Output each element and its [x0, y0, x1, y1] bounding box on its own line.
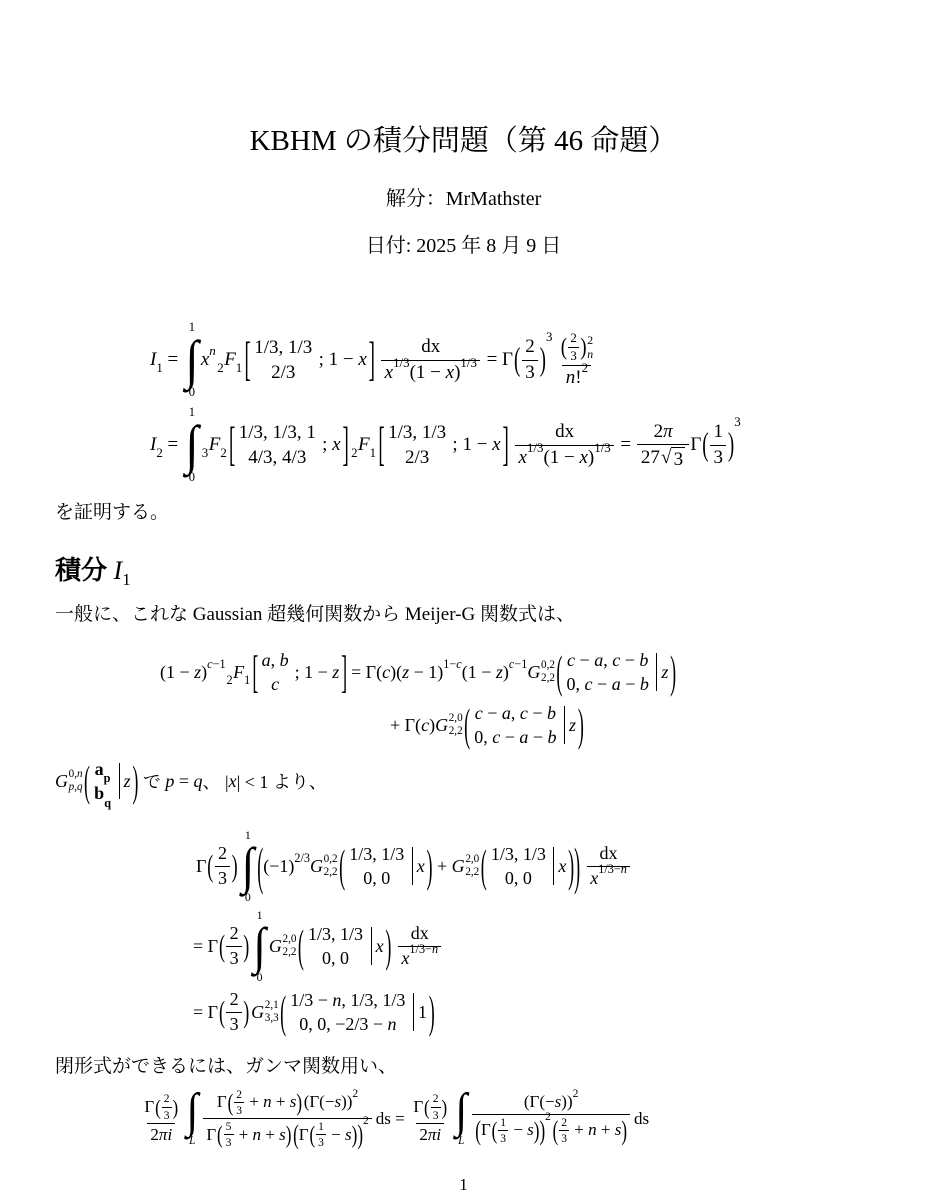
paragraph-closed-form: 閉形式ができるには、ガンマ関数用い、	[55, 1051, 397, 1078]
document-title: KBHM の積分問題（第 46 命題）	[0, 118, 927, 159]
section-integral-subscript: 1	[122, 570, 131, 589]
section-integral-symbol: I	[114, 556, 123, 585]
equation-meijer-identity-line2: + Γ(c)G2,02,2(c − a, c − b0, c − a − bz)	[390, 701, 584, 750]
equation-i1: I1 = 1∫0xn2F1[1/3, 1/32/3; 1 − x]dxx1/3(…	[150, 320, 598, 401]
paragraph-general: 一般に、これな Gaussian 超幾何関数から Meijer-G 関数式は、	[55, 599, 575, 626]
paragraph-prove: を証明する。	[55, 497, 169, 524]
section-title-text: 積分	[55, 556, 107, 585]
page-number: 1	[0, 1175, 927, 1195]
document-page: { "header": { "title": "KBHM の積分問題（第 46 …	[0, 0, 927, 1200]
inline-meijer-condition: G0,np,q(apbqz) で p = q、 |x| < 1 より、	[55, 757, 327, 806]
date-line: 日付: 2025 年 8 月 9 日	[0, 229, 927, 258]
equation-i2: I2 = 1∫03F2[1/3, 1/3, 14/3, 4/3; x]2F1[1…	[150, 405, 741, 486]
author-line: 解分：MrMathster	[0, 182, 927, 211]
equation-meijer-identity-line1: (1 − z)c−12F1[a, bc; 1 − z]= Γ(c)(z − 1)…	[160, 648, 676, 697]
equation-step-line3: = Γ(23)G2,13,3(1/3 − n, 1/3, 1/30, 0, −2…	[193, 988, 435, 1037]
equation-step-line1: Γ(23)1∫0((−1)2/3G0,22,2(1/3, 1/30, 0x) +…	[196, 828, 632, 905]
equation-step-line2: = Γ(23)1∫0G2,02,2(1/3, 1/30, 0x)dxx1/3−n	[193, 908, 443, 985]
equation-mellin-barnes: Γ(23)2πi∫LΓ(23 + n + s)(Γ(−s))2Γ(53 + n …	[140, 1087, 649, 1150]
section-heading: 積分 I1	[55, 550, 131, 590]
